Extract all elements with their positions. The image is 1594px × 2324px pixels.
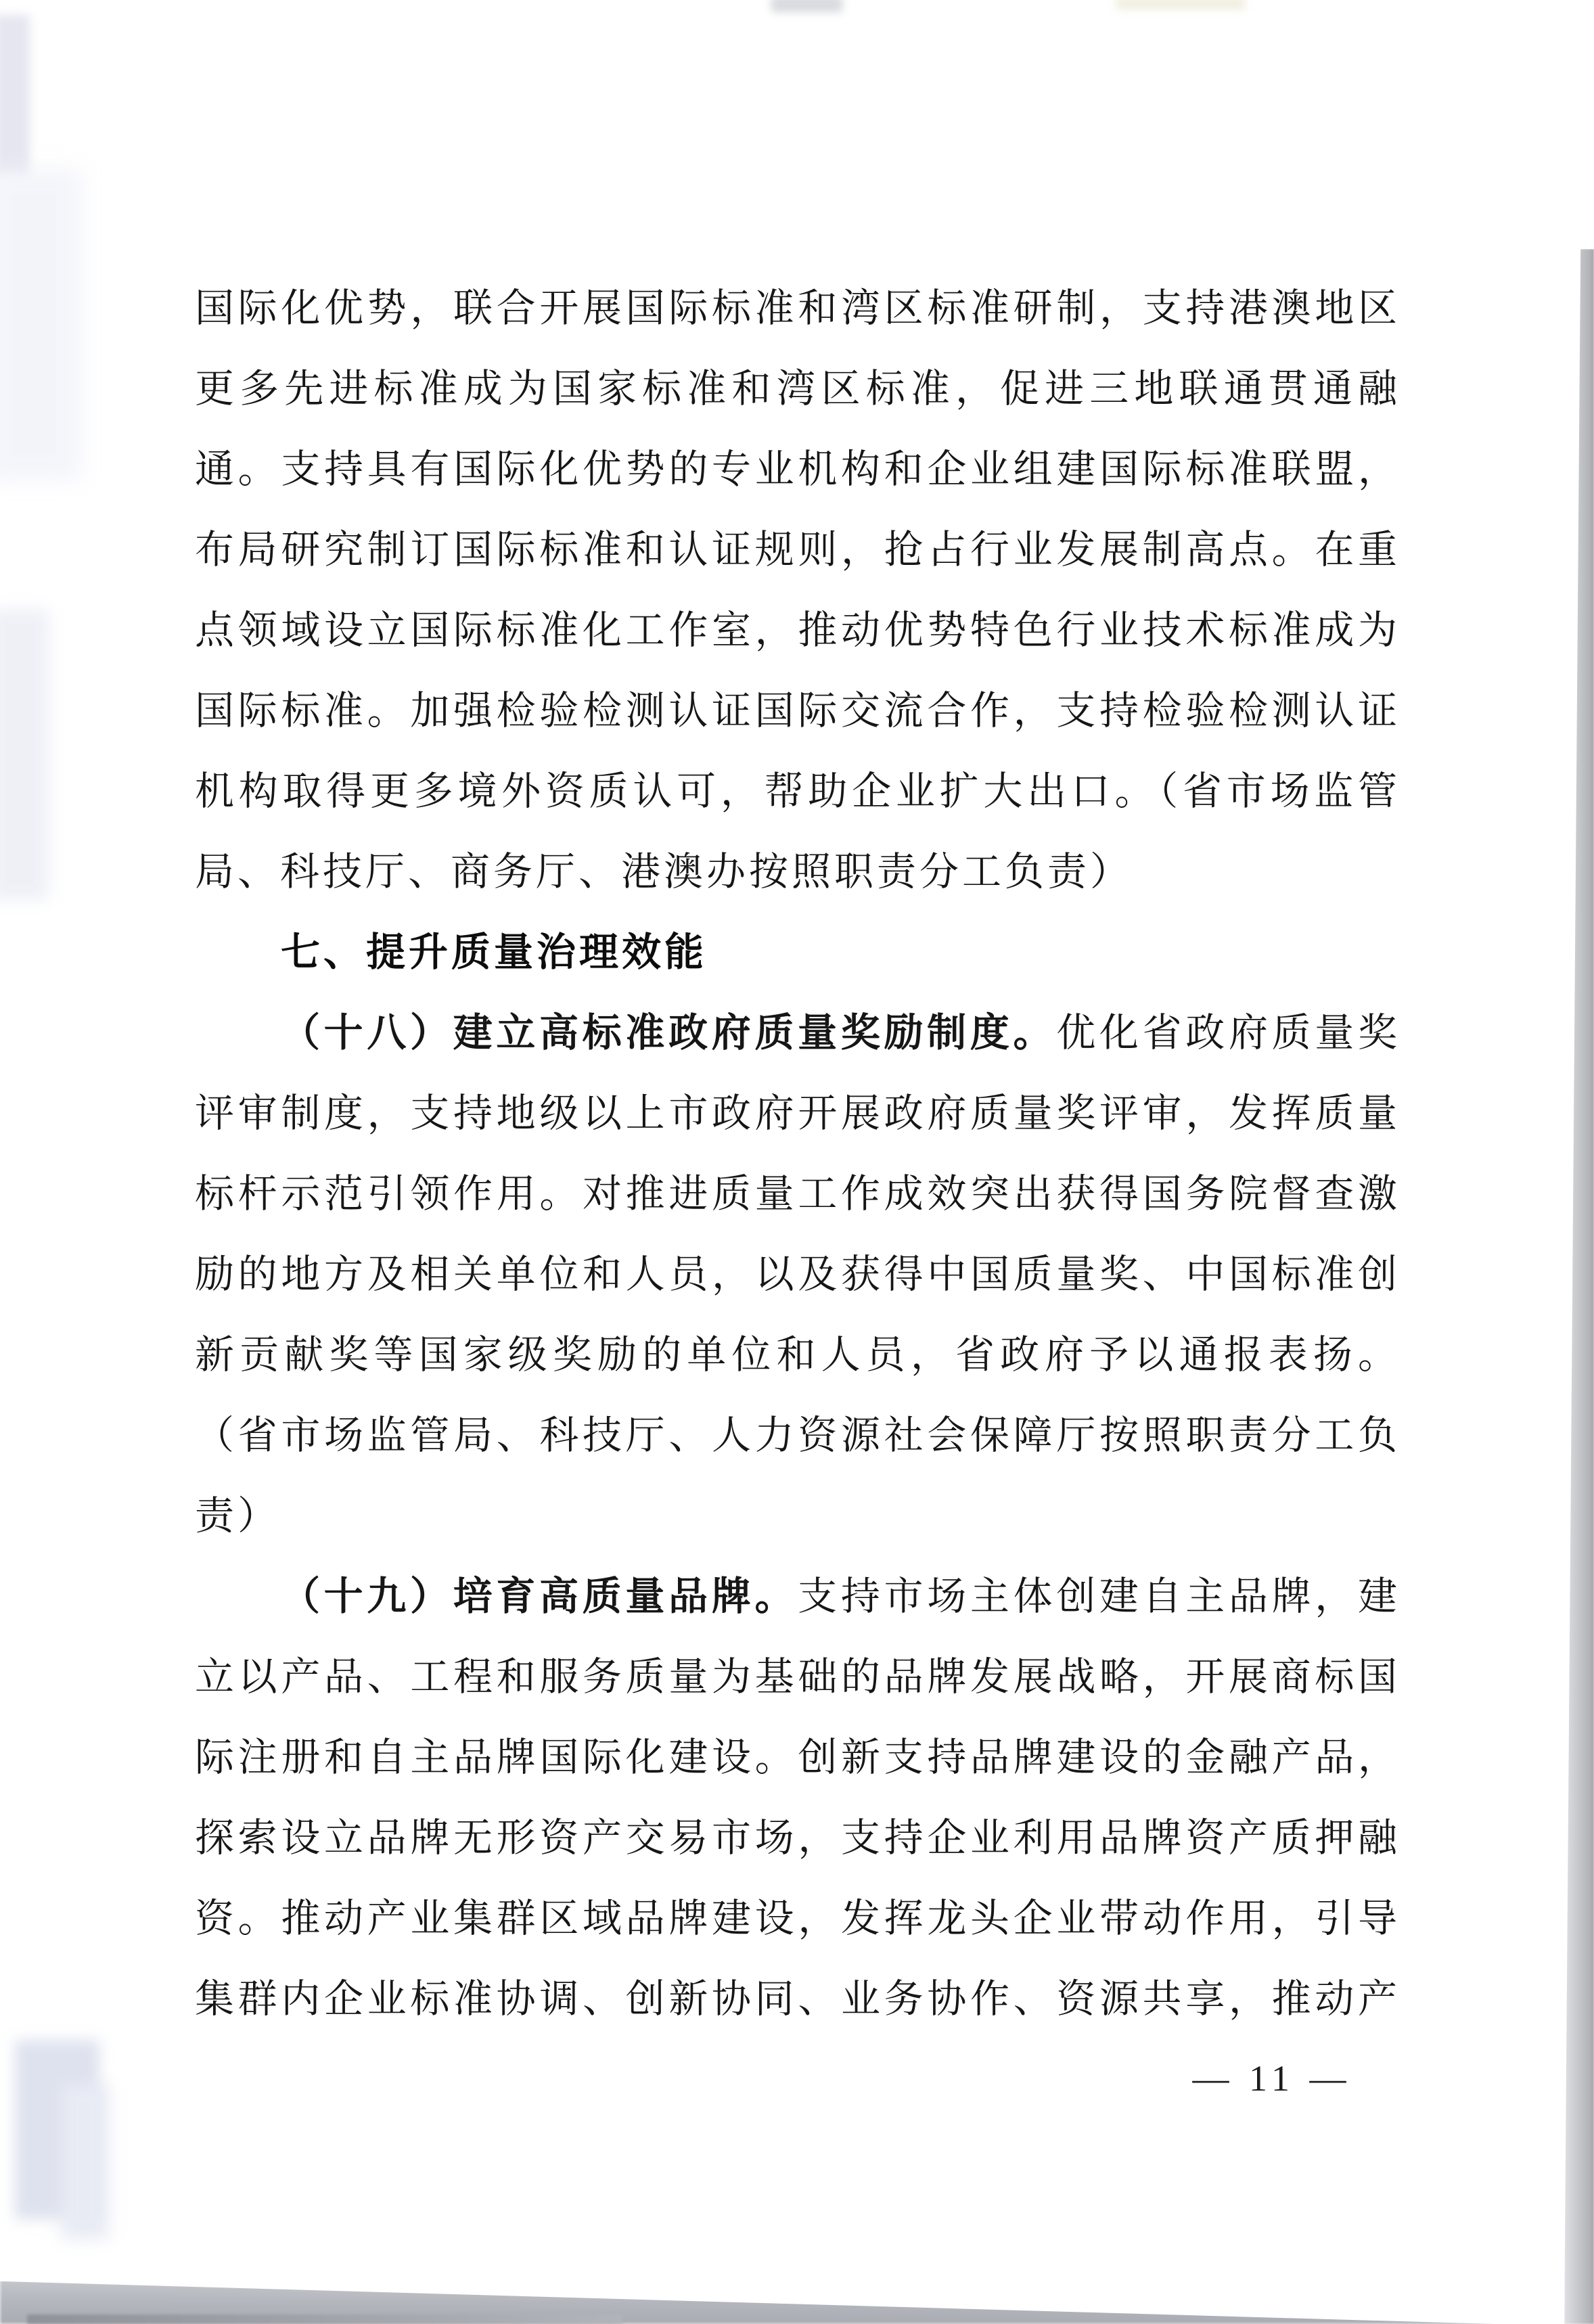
- body-text: 励的地方及相关单位和人员，以及获得中国质量奖、中国标准创: [195, 1252, 1401, 1296]
- body-text: 立以产品、工程和服务质量为基础的品牌发展战略，开展商标国: [195, 1655, 1401, 1699]
- body-text: 点领域设立国际标准化工作室，推动优势特色行业技术标准成为: [195, 608, 1401, 652]
- emphasized-text: （十九）培育高质量品牌。: [281, 1574, 798, 1618]
- text-line-7: 机构取得更多境外资质认可，帮助企业扩大出口。（省市场监管: [195, 751, 1401, 831]
- text-line-14: 新贡献奖等国家级奖励的单位和人员，省政府予以通报表扬。: [195, 1315, 1401, 1395]
- body-text: 优化省政府质量奖: [1056, 1011, 1401, 1055]
- body-text: 责）: [195, 1494, 280, 1538]
- text-line-20: 探索设立品牌无形资产交易市场，支持企业利用品牌资产质押融: [195, 1798, 1401, 1878]
- body-text: 际注册和自主品牌国际化建设。创新支持品牌建设的金融产品，: [195, 1735, 1401, 1779]
- text-line-22: 集群内企业标准协调、创新协同、业务协作、资源共享，推动产: [195, 1959, 1401, 2039]
- body-text: 评审制度，支持地级以上市政府开展政府质量奖评审，发挥质量: [195, 1091, 1401, 1135]
- emphasized-text: （十八）建立高标准政府质量奖励制度。: [281, 1011, 1056, 1055]
- body-text: （省市场监管局、科技厅、人力资源社会保障厅按照职责分工负: [195, 1413, 1401, 1457]
- body-text: 布局研究制订国际标准和认证规则，抢占行业发展制高点。在重: [195, 528, 1401, 572]
- text-line-11: 评审制度，支持地级以上市政府开展政府质量奖评审，发挥质量: [195, 1073, 1401, 1154]
- text-line-3: 通。支持具有国际化优势的专业机构和企业组建国际标准联盟，: [195, 429, 1401, 509]
- body-text: 探索设立品牌无形资产交易市场，支持企业利用品牌资产质押融: [195, 1816, 1401, 1860]
- body-text: 通。支持具有国际化优势的专业机构和企业组建国际标准联盟，: [195, 447, 1401, 491]
- text-line-1: 国际化优势，联合开展国际标准和湾区标准研制，支持港澳地区: [195, 268, 1401, 348]
- scan-artifact-bottom-strip: [27, 2315, 622, 2324]
- body-text: 机构取得更多境外资质认可，帮助企业扩大出口。（省市场监管: [195, 769, 1401, 813]
- section-heading: 七、提升质量治理效能: [195, 912, 1401, 993]
- text-line-19: 际注册和自主品牌国际化建设。创新支持品牌建设的金融产品，: [195, 1717, 1401, 1798]
- scan-artifact-left-upper: [0, 169, 81, 480]
- body-text: 局、科技厅、商务厅、港澳办按照职责分工负责）: [195, 850, 1133, 894]
- scan-artifact-top-smudge: [771, 0, 842, 12]
- scan-artifact-top-smudge-2: [1116, 0, 1245, 9]
- body-text: 国际化优势，联合开展国际标准和湾区标准研制，支持港澳地区: [195, 286, 1401, 330]
- document-page: 国际化优势，联合开展国际标准和湾区标准研制，支持港澳地区更多先进标准成为国家标准…: [0, 0, 1594, 2324]
- scan-artifact-left-middle: [0, 609, 49, 900]
- text-line-15: （省市场监管局、科技厅、人力资源社会保障厅按照职责分工负: [195, 1395, 1401, 1476]
- text-line-4: 布局研究制订国际标准和认证规则，抢占行业发展制高点。在重: [195, 509, 1401, 590]
- text-line-17: （十九）培育高质量品牌。支持市场主体创建自主品牌，建: [195, 1556, 1401, 1637]
- text-line-10: （十八）建立高标准政府质量奖励制度。优化省政府质量奖: [195, 993, 1401, 1073]
- text-block: 国际化优势，联合开展国际标准和湾区标准研制，支持港澳地区更多先进标准成为国家标准…: [195, 268, 1401, 2039]
- text-line-5: 点领域设立国际标准化工作室，推动优势特色行业技术标准成为: [195, 590, 1401, 670]
- text-line-2: 更多先进标准成为国家标准和湾区标准，促进三地联通贯通融: [195, 348, 1401, 429]
- body-text: 国际标准。加强检验检测认证国际交流合作，支持检验检测认证: [195, 689, 1401, 733]
- scan-artifact-left-bottom: [15, 2040, 99, 2219]
- body-text: 标杆示范引领作用。对推进质量工作成效突出获得国务院督查激: [195, 1172, 1401, 1216]
- body-text: 资。推动产业集群区域品牌建设，发挥龙头企业带动作用，引导: [195, 1896, 1401, 1940]
- text-line-21: 资。推动产业集群区域品牌建设，发挥龙头企业带动作用，引导: [195, 1878, 1401, 1959]
- emphasized-text: 七、提升质量治理效能: [281, 930, 707, 974]
- text-line-6: 国际标准。加强检验检测认证国际交流合作，支持检验检测认证: [195, 670, 1401, 751]
- scan-artifact-left-top: [0, 15, 30, 176]
- body-text: 集群内企业标准协调、创新协同、业务协作、资源共享，推动产: [195, 1977, 1401, 2021]
- text-line-8: 局、科技厅、商务厅、港澳办按照职责分工负责）: [195, 831, 1401, 912]
- text-line-16: 责）: [195, 1476, 1401, 1556]
- body-text: 支持市场主体创建自主品牌，建: [798, 1574, 1401, 1618]
- body-text: 新贡献奖等国家级奖励的单位和人员，省政府予以通报表扬。: [195, 1333, 1401, 1377]
- text-line-18: 立以产品、工程和服务质量为基础的品牌发展战略，开展商标国: [195, 1637, 1401, 1717]
- text-line-13: 励的地方及相关单位和人员，以及获得中国质量奖、中国标准创: [195, 1234, 1401, 1315]
- body-text: 更多先进标准成为国家标准和湾区标准，促进三地联通贯通融: [195, 367, 1401, 411]
- text-line-12: 标杆示范引领作用。对推进质量工作成效突出获得国务院督查激: [195, 1154, 1401, 1234]
- scan-artifact-right-edge-shadow: [1564, 249, 1594, 2324]
- page-number: — 11 —: [1187, 2047, 1357, 2111]
- scan-artifact-left-bottom-2: [61, 2084, 108, 2239]
- scan-artifact-bottom-shadow: [0, 2272, 1495, 2324]
